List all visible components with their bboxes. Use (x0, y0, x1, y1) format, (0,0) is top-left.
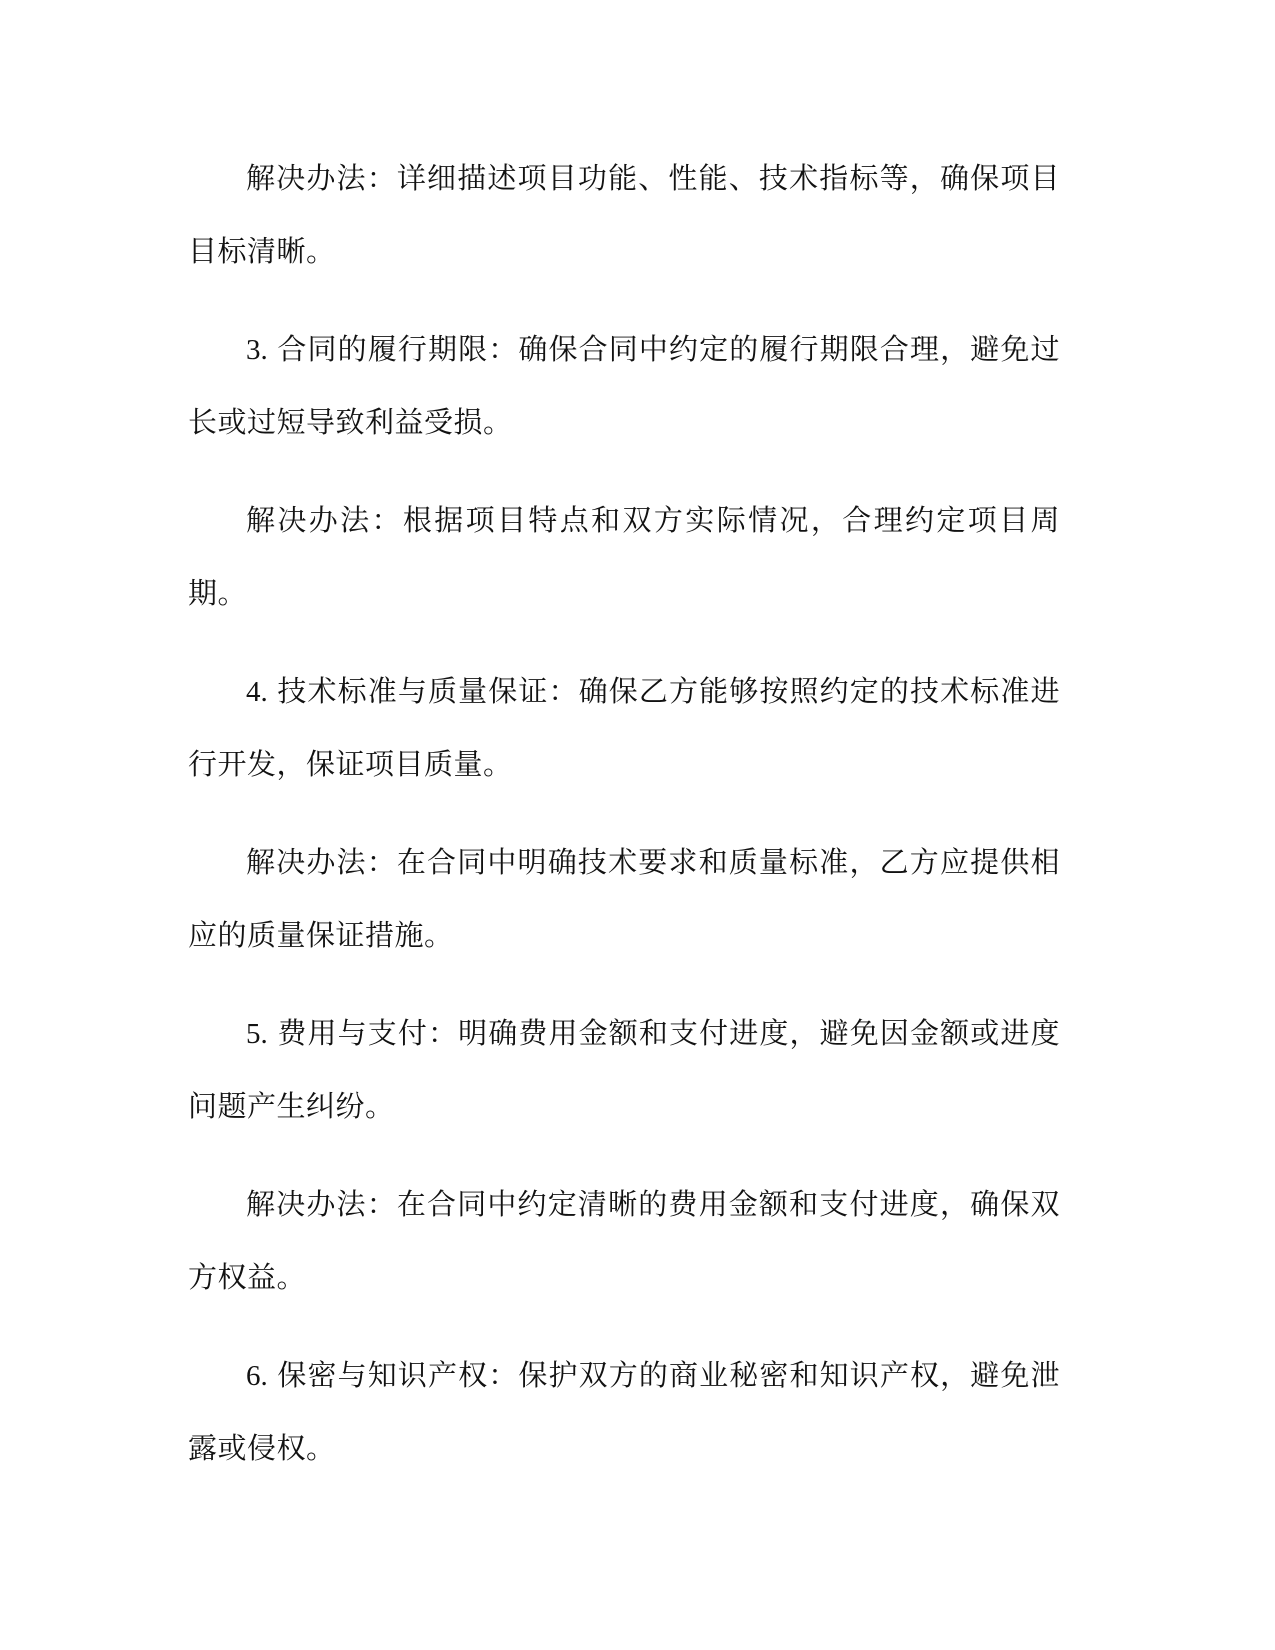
paragraph: 6.保密与知识产权：保护双方的商业秘密和知识产权，避免泄露或侵权。 (188, 1340, 1060, 1486)
paragraph-number: 6. (246, 1360, 268, 1392)
paragraph-number: 4. (246, 676, 268, 708)
paragraph: 解决办法：根据项目特点和双方实际情况，合理约定项目周期。 (188, 485, 1060, 631)
document-page: 解决办法：详细描述项目功能、性能、技术指标等，确保项目目标清晰。3.合同的履行期… (0, 0, 1275, 1650)
paragraph-text: 解决办法：详细描述项目功能、性能、技术指标等，确保项目目标清晰。 (188, 163, 1060, 268)
paragraph-text: 解决办法：在合同中明确技术要求和质量标准，乙方应提供相应的质量保证措施。 (188, 847, 1060, 952)
paragraph: 解决办法：在合同中约定清晰的费用金额和支付进度，确保双方权益。 (188, 1169, 1060, 1315)
paragraph-text: 技术标准与质量保证：确保乙方能够按照约定的技术标准进行开发，保证项目质量。 (188, 676, 1060, 781)
paragraph: 4.技术标准与质量保证：确保乙方能够按照约定的技术标准进行开发，保证项目质量。 (188, 656, 1060, 802)
paragraph-number: 5. (246, 1018, 268, 1050)
paragraph-text: 合同的履行期限：确保合同中约定的履行期限合理，避免过长或过短导致利益受损。 (188, 334, 1060, 439)
paragraph-text: 保密与知识产权：保护双方的商业秘密和知识产权，避免泄露或侵权。 (188, 1360, 1060, 1465)
paragraph: 3.合同的履行期限：确保合同中约定的履行期限合理，避免过长或过短导致利益受损。 (188, 314, 1060, 460)
paragraph-text: 解决办法：根据项目特点和双方实际情况，合理约定项目周期。 (188, 505, 1060, 610)
paragraph: 解决办法：在合同中明确技术要求和质量标准，乙方应提供相应的质量保证措施。 (188, 827, 1060, 973)
paragraph-number: 3. (246, 334, 268, 366)
paragraph: 解决办法：详细描述项目功能、性能、技术指标等，确保项目目标清晰。 (188, 143, 1060, 289)
paragraph-text: 解决办法：在合同中约定清晰的费用金额和支付进度，确保双方权益。 (188, 1189, 1060, 1294)
paragraph-text: 费用与支付：明确费用金额和支付进度，避免因金额或进度问题产生纠纷。 (188, 1018, 1060, 1123)
document-body: 解决办法：详细描述项目功能、性能、技术指标等，确保项目目标清晰。3.合同的履行期… (188, 143, 1060, 1511)
paragraph: 5.费用与支付：明确费用金额和支付进度，避免因金额或进度问题产生纠纷。 (188, 998, 1060, 1144)
